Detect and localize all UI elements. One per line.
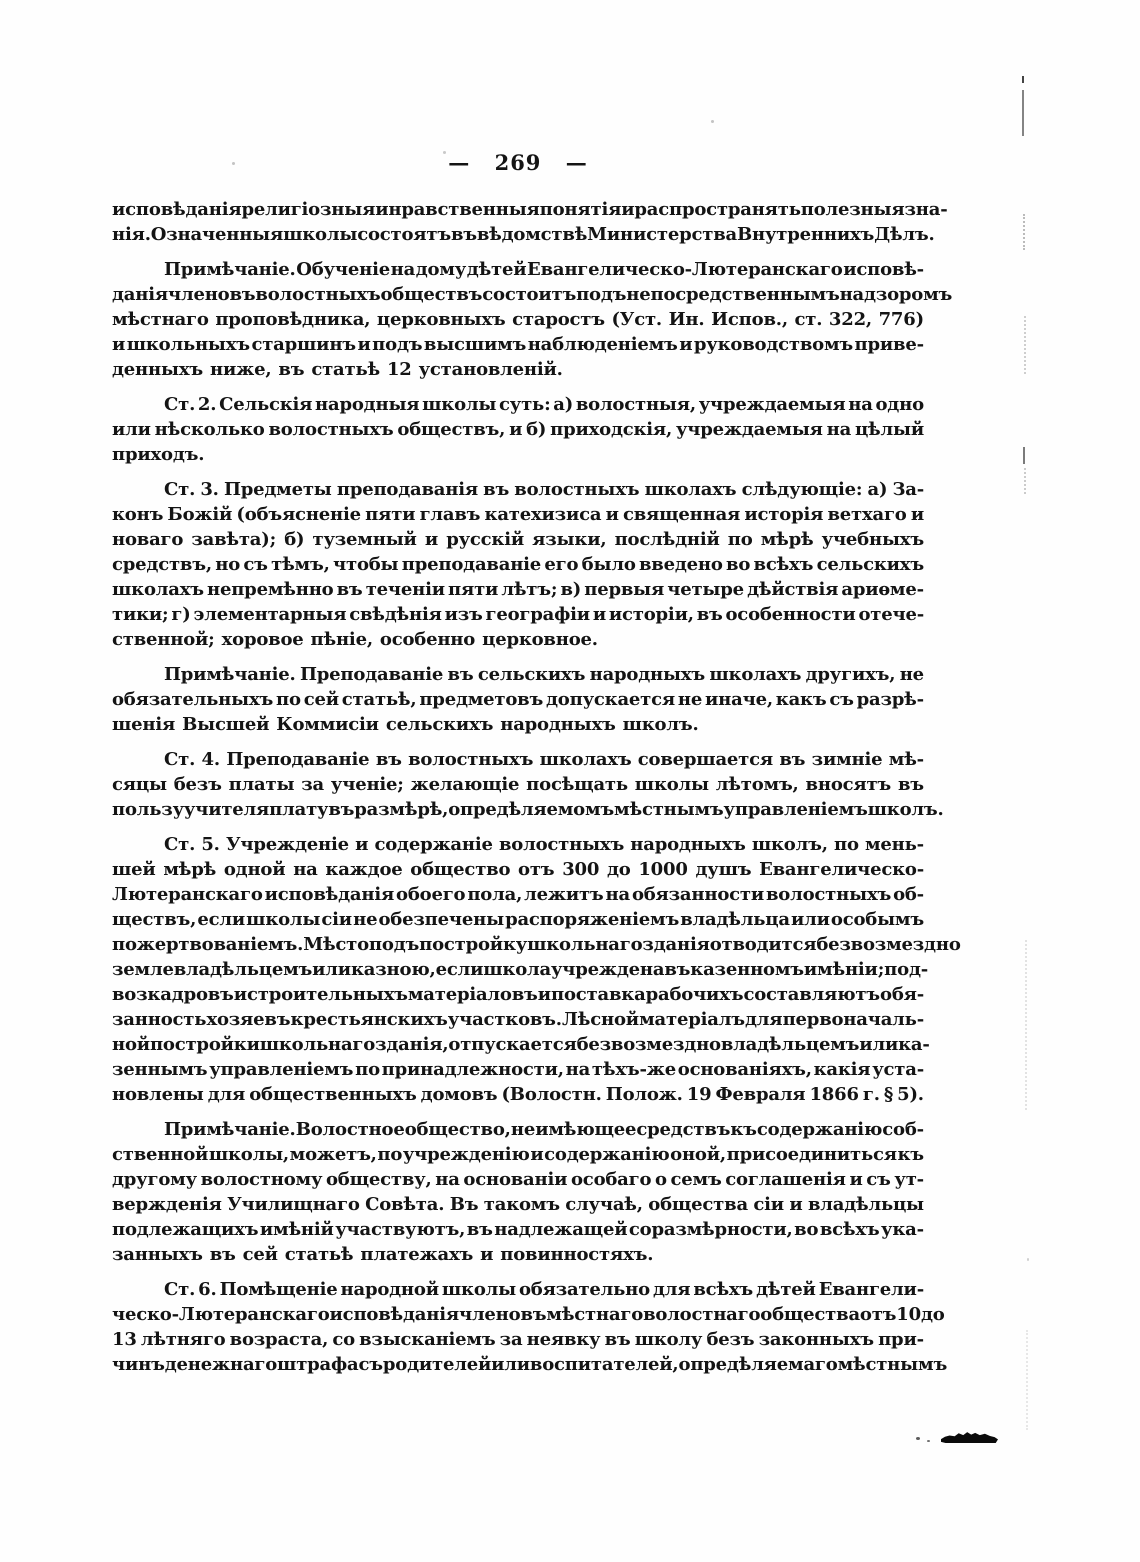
text-line: обязательныхъпосейстатьѣ,предметовъдопус… — [112, 687, 924, 712]
word: волостнаго — [643, 1302, 760, 1327]
word: и — [593, 602, 606, 627]
word: пользу — [112, 797, 184, 822]
word: 5). — [897, 1082, 924, 1107]
word: соразмѣрности, — [629, 1217, 793, 1242]
text-line: исповѣданіярелигіозныяинравственныяпонят… — [112, 197, 924, 222]
word: лѣтняго — [141, 1327, 226, 1352]
word: элементарныя — [193, 602, 346, 627]
word: и — [234, 982, 247, 1007]
word: особаго — [571, 1167, 651, 1192]
word: состоитъ — [482, 282, 576, 307]
word: не — [511, 1117, 535, 1142]
word: въ — [376, 747, 402, 772]
word: но — [215, 552, 240, 577]
word: по — [377, 1142, 402, 1167]
word: землевладѣльцемъ — [112, 957, 312, 982]
word: мѣрѣ — [163, 857, 216, 882]
word: волостныя, — [576, 392, 696, 417]
word: безъ — [174, 772, 222, 797]
word: пѣніе, — [311, 627, 373, 652]
word: матеріаловъ — [408, 982, 538, 1007]
word: уста- — [872, 1057, 924, 1082]
scan-speck — [927, 1440, 930, 1442]
text-line: тики;г)элементарныясвѣдѣніяизъгеографіии… — [112, 602, 924, 627]
word: Предметы — [224, 477, 332, 502]
word: съ — [866, 1167, 890, 1192]
word: со — [332, 1327, 355, 1352]
word: по — [834, 832, 859, 857]
word: 6. — [198, 1277, 216, 1302]
word: ственной; — [112, 627, 215, 652]
word: церковныхъ — [377, 307, 506, 332]
word: постройку — [419, 932, 527, 957]
text-line: новленыдляобщественныхъдомовъ(Волостн.По… — [112, 1082, 924, 1107]
text-line: землевладѣльцемъиликазною,еслишколаучреж… — [112, 957, 924, 982]
text-line: нія.ОзначенныяшколысостоятъвъвѣдомствѣМи… — [112, 222, 924, 247]
text-line: Ст.2.Сельскіянародныяшколысуть:а)волостн… — [112, 392, 924, 417]
word: 776) — [879, 307, 924, 332]
gutter-mark — [1024, 468, 1026, 494]
word: волостныхъ — [255, 282, 380, 307]
word: присоединиться — [727, 1142, 897, 1167]
word: къ — [730, 1117, 756, 1142]
word: пяти — [448, 577, 498, 602]
text-line: средствъ,носътѣмъ,чтобыпреподаваніеегобы… — [112, 552, 924, 577]
text-block: исповѣданіярелигіозныяинравственныяпонят… — [112, 197, 924, 1377]
word: школахъ — [645, 477, 737, 502]
word: и — [530, 1142, 543, 1167]
word: Февраля — [716, 1082, 806, 1107]
word: особенности — [726, 602, 856, 627]
word: введено — [639, 552, 723, 577]
word: на — [391, 257, 415, 282]
word: одной — [224, 857, 286, 882]
word: народныя — [315, 392, 419, 417]
word: другому — [112, 1167, 197, 1192]
word: руководствомъ — [694, 332, 853, 357]
word: безвозмездно — [577, 1032, 721, 1057]
word: сяцы — [112, 772, 167, 797]
word: хозяевъ — [206, 1007, 290, 1032]
word: русскій — [446, 527, 524, 552]
word: штрафа — [277, 1352, 358, 1377]
word: домовъ — [421, 1082, 498, 1107]
text-line: пожертвованіемъ.Мѣстоподъпостройкушкольн… — [112, 932, 924, 957]
word: въ — [448, 662, 474, 687]
word: приходъ. — [112, 442, 204, 467]
word: взысканіемъ — [359, 1327, 495, 1352]
word: предметовъ — [419, 687, 543, 712]
word: мѣстнымъ — [838, 1352, 947, 1377]
text-line: Ст.4.Преподаваніевъволостныхъшколахъсове… — [112, 747, 924, 772]
paragraph-article-6: Ст.6.Помѣщеніенароднойшколыобязательнодл… — [112, 1277, 924, 1377]
word: об- — [893, 882, 924, 907]
word: иначе, — [705, 687, 773, 712]
word: г) — [171, 602, 190, 627]
word: на — [435, 1167, 459, 1192]
word: непремѣнно — [207, 577, 334, 602]
word: и — [375, 197, 388, 222]
word: и — [357, 332, 370, 357]
text-line: пользуучителяплатувъразмѣрѣ,опредѣляемом… — [112, 797, 924, 822]
gutter-mark — [1025, 940, 1027, 1110]
text-line: 13лѣтняговозраста,совзысканіемъзанеявкув… — [112, 1327, 924, 1352]
word: суть: — [499, 392, 551, 417]
word: разрѣ- — [857, 687, 924, 712]
word: и — [606, 502, 619, 527]
word: и — [355, 832, 368, 857]
word: свѣдѣнія — [349, 602, 442, 627]
word: Высшей — [182, 712, 269, 737]
word: въ — [483, 477, 509, 502]
word: статьѣ — [311, 357, 380, 382]
word: Въ — [450, 1192, 479, 1217]
text-line: ческо-Лютеранскагоисповѣданіячленовъмѣст… — [112, 1302, 924, 1327]
word: управленіемъ — [209, 1057, 353, 1082]
word: нѣсколько — [155, 417, 265, 442]
word: 3. — [200, 477, 218, 502]
word: исповѣданія — [330, 1302, 459, 1327]
word: За- — [892, 477, 924, 502]
word: сей — [304, 687, 339, 712]
paragraph-continuation: исповѣданіярелигіозныяинравственныяпонят… — [112, 197, 924, 247]
word: волостному — [201, 1167, 323, 1192]
word: школъ. — [623, 712, 699, 737]
word: обществу, — [326, 1167, 432, 1192]
word: допускается — [546, 687, 675, 712]
word: Министерства — [587, 222, 737, 247]
word: ной — [112, 1032, 150, 1057]
word: Евангелическо- — [759, 857, 924, 882]
word: туземный — [312, 527, 416, 552]
word: проповѣдника, — [215, 307, 370, 332]
word: для — [745, 1007, 782, 1032]
word: средствъ — [636, 1117, 730, 1142]
word: учреждаемыя — [699, 392, 846, 417]
text-line: мѣстнагопроповѣдника,церковныхъстаростъ(… — [112, 307, 924, 332]
word: Учрежденіе — [226, 832, 349, 857]
word: подлежащихъ — [112, 1217, 258, 1242]
word: школы — [283, 222, 357, 247]
word: ществъ, — [112, 907, 196, 932]
word: совершается — [638, 747, 773, 772]
word: можетъ, — [290, 1142, 377, 1167]
word: преподаванія — [337, 477, 478, 502]
word: матеріалъ — [639, 1007, 745, 1032]
text-line: нойпостройкишкольнагозданія,отпускаетсяб… — [112, 1032, 924, 1057]
word: занныхъ — [112, 1242, 203, 1267]
word: его — [544, 552, 578, 577]
word: Преподаваніе — [226, 747, 369, 772]
word: обязанности — [632, 882, 764, 907]
word: управленіемъ — [724, 797, 868, 822]
word: исторіи, — [609, 602, 694, 627]
word: послѣдній — [615, 527, 720, 552]
word: и — [112, 332, 125, 357]
word: Лютеранскаго — [112, 882, 263, 907]
word: а) — [553, 392, 573, 417]
word: имѣній — [260, 1217, 334, 1242]
word: занность — [112, 1007, 206, 1032]
word: непосредственнымъ — [626, 282, 839, 307]
word: поставка — [551, 982, 646, 1007]
word: не — [678, 687, 702, 712]
word: школы — [246, 907, 320, 932]
text-line: новагозавѣта);б)туземныйирусскійязыки,по… — [112, 527, 924, 552]
word: учреждена — [551, 957, 664, 982]
text-line: возкадровъистроительныхъматеріаловъипост… — [112, 982, 924, 1007]
word: отъ — [860, 1302, 896, 1327]
word: душъ — [695, 857, 751, 882]
word: школъ, — [752, 832, 828, 857]
word: лежитъ — [524, 882, 603, 907]
word: въ — [898, 772, 924, 797]
word: чинъ — [112, 1352, 165, 1377]
word: зна- — [904, 197, 947, 222]
word: ветхаго — [827, 502, 906, 527]
word: Мѣсто — [303, 932, 369, 957]
paragraph-article-5: Ст.5.Учрежденіеисодержаніеволостныхънаро… — [112, 832, 924, 1107]
text-line: Примѣчаніе.Преподаваніевъсельскихънародн… — [112, 662, 924, 687]
word: дровъ — [172, 982, 234, 1007]
text-line: конъБожій(объясненіепятиглавъкатехизисаи… — [112, 502, 924, 527]
word: обществъ — [381, 282, 483, 307]
word: учрежденію — [403, 1142, 530, 1167]
gutter-mark — [1023, 214, 1025, 250]
word: § — [884, 1082, 893, 1107]
word: наблюденіемъ — [528, 332, 678, 357]
word: школьныхъ — [127, 332, 250, 357]
word: дѣйствія — [747, 577, 838, 602]
word: зданія, — [375, 1032, 448, 1057]
word: если — [197, 907, 245, 932]
word: Лѣсной — [562, 1007, 639, 1032]
word: 300 — [562, 857, 599, 882]
word: Волостное — [296, 1117, 405, 1142]
word: исповѣ- — [843, 257, 924, 282]
word: или — [112, 417, 151, 442]
word: безвозмездно — [816, 932, 960, 957]
word: по — [355, 1057, 380, 1082]
word: высшимъ — [424, 332, 526, 357]
word: статьѣ — [285, 1242, 354, 1267]
word: учебныхъ — [822, 527, 924, 552]
word: другихъ, — [806, 662, 896, 687]
word: какъ — [776, 687, 827, 712]
word: съ — [829, 687, 853, 712]
word: приве- — [855, 332, 924, 357]
word: неявку — [527, 1327, 601, 1352]
text-line: зеннымъуправленіемъпопринадлежности,натѣ… — [112, 1057, 924, 1082]
word: семъ — [671, 1167, 722, 1192]
word: на — [566, 1057, 590, 1082]
word: въ — [451, 222, 477, 247]
word: о — [655, 1167, 667, 1192]
word: имѣніи; — [804, 957, 884, 982]
text-line: ственнойшколы,можетъ,поучрежденіюисодерж… — [112, 1142, 924, 1167]
word: общество, — [405, 1117, 511, 1142]
word: пожертвованіемъ. — [112, 932, 303, 957]
word: школахъ — [112, 577, 204, 602]
word: пола, — [467, 882, 522, 907]
text-line: денныхъниже,въстатьѣ12установленій. — [112, 357, 924, 382]
word: школы — [635, 772, 709, 797]
word: обществъ, — [397, 417, 505, 442]
scan-speck — [1027, 1258, 1029, 1261]
word: опредѣляемомъ — [448, 797, 614, 822]
word: данія — [112, 282, 168, 307]
word: зимніе — [812, 747, 883, 772]
word: посѣщать — [526, 772, 628, 797]
word: отъ — [518, 857, 554, 882]
word: обя- — [880, 982, 924, 1007]
word: 2. — [198, 392, 216, 417]
word: шей — [112, 857, 156, 882]
word: и — [425, 527, 438, 552]
word: исповѣданія — [112, 197, 241, 222]
word: лѣтъ; — [501, 577, 557, 602]
word: денежнаго — [165, 1352, 277, 1377]
word: мѣстнаго — [546, 1302, 643, 1327]
word: лѣтомъ, — [716, 772, 799, 797]
word: 19 — [687, 1082, 712, 1107]
word: общественныхъ — [249, 1082, 416, 1107]
word: мѣстнымъ — [614, 797, 723, 822]
word: вносятъ — [806, 772, 892, 797]
word: вѣдомствѣ — [477, 222, 587, 247]
word: полезныя — [801, 197, 905, 222]
word: народныхъ — [590, 662, 705, 687]
gutter-line — [1022, 90, 1024, 136]
word: до — [921, 1302, 945, 1327]
word: школы, — [209, 1142, 289, 1167]
word: всѣхъ — [754, 552, 814, 577]
word: обоего — [396, 882, 465, 907]
word: 12 — [387, 357, 412, 382]
word: за — [500, 1327, 523, 1352]
word: принадлежности, — [382, 1057, 564, 1082]
word: надлежащей — [494, 1217, 627, 1242]
text-line: занныхъвъсейстатьѣплатежахъиповинностяхъ… — [112, 1242, 924, 1267]
word: обязательно — [519, 1277, 650, 1302]
word: ческо-Лютеранскаго — [112, 1302, 330, 1327]
word: общество — [410, 857, 510, 882]
text-line: Ст.5.Учрежденіеисодержаніеволостныхънаро… — [112, 832, 924, 857]
word: желающіе — [411, 772, 520, 797]
word: под- — [884, 957, 928, 982]
word: и — [480, 1242, 493, 1267]
word: на — [606, 882, 630, 907]
word: въ — [278, 357, 304, 382]
word: исповѣданія — [265, 882, 394, 907]
word: если — [436, 957, 484, 982]
word: конъ — [112, 502, 163, 527]
text-line: Примѣчаніе.ОбученіенадомудѣтейЕвангеличе… — [112, 257, 924, 282]
word: хоровое — [222, 627, 304, 652]
word: въ — [605, 1327, 631, 1352]
word: новлены — [112, 1082, 204, 1107]
word: волостныхъ — [514, 477, 639, 502]
text-line: чинъденежнагоштрафасъродителейиливоспита… — [112, 1352, 924, 1377]
word: владѣльцы — [808, 1192, 924, 1217]
word: въ — [697, 602, 723, 627]
word: сіи — [753, 1192, 784, 1217]
word: до — [607, 857, 631, 882]
word: преподаваніе — [402, 552, 541, 577]
scan-speck — [232, 162, 235, 165]
word: школахъ — [540, 747, 632, 772]
text-line: Лютеранскагоисповѣданіяобоегопола,лежитъ… — [112, 882, 924, 907]
scan-speck — [443, 151, 446, 154]
word: школьнаго — [527, 932, 642, 957]
word: нія. — [112, 222, 151, 247]
word: установленій. — [419, 357, 563, 382]
word: Сельскія — [219, 392, 312, 417]
scan-speck — [916, 1437, 920, 1440]
word: надзоромъ — [840, 282, 953, 307]
word: было — [582, 552, 636, 577]
word: одно — [876, 392, 924, 417]
word: на — [293, 857, 317, 882]
word: случаѣ, — [565, 1192, 643, 1217]
word: каждое — [325, 857, 402, 882]
word: Примѣчаніе. — [164, 257, 296, 282]
word: школа — [483, 957, 551, 982]
word: дѣтей — [756, 1277, 816, 1302]
word: распространять — [634, 197, 800, 222]
word: тѣхъ-же — [592, 1057, 676, 1082]
word: въ — [467, 1217, 493, 1242]
word: чтобы — [333, 552, 398, 577]
word: воспитателей, — [530, 1352, 679, 1377]
word: при- — [878, 1327, 924, 1352]
word: на — [827, 417, 851, 442]
word: повинностяхъ. — [500, 1242, 653, 1267]
word: школы — [442, 1277, 516, 1302]
word: содержаніе — [374, 832, 492, 857]
word: Преподаваніе — [300, 662, 443, 687]
word: 13 — [112, 1327, 137, 1352]
word: соглашенія — [725, 1167, 845, 1192]
word: распоряженіемъ — [505, 907, 679, 932]
word: имѣющее — [535, 1117, 636, 1142]
word: мѣ- — [889, 747, 924, 772]
word: въ — [210, 1242, 236, 1267]
text-line: приходъ. — [112, 442, 924, 467]
word: всѣхъ — [693, 1277, 753, 1302]
word: ут- — [894, 1167, 924, 1192]
word: зеннымъ — [112, 1057, 207, 1082]
word: Дѣлъ. — [874, 222, 934, 247]
word: Ст. — [164, 1277, 195, 1302]
word: членовъ — [459, 1302, 546, 1327]
word: (объясненіе — [236, 502, 361, 527]
word: школахъ — [709, 662, 801, 687]
word: 1866 — [809, 1082, 858, 1107]
word: для — [208, 1082, 245, 1107]
word: новаго — [112, 527, 183, 552]
word: ученіе; — [331, 772, 404, 797]
word: 1000 — [638, 857, 687, 882]
word: ственной — [112, 1142, 208, 1167]
word: содержанію — [757, 1117, 882, 1142]
word: географіи — [486, 602, 590, 627]
word: 5. — [201, 832, 219, 857]
word: г. — [863, 1082, 880, 1107]
word: катехизиса — [485, 502, 602, 527]
word: подъ — [369, 932, 419, 957]
word: 322, — [829, 307, 872, 332]
